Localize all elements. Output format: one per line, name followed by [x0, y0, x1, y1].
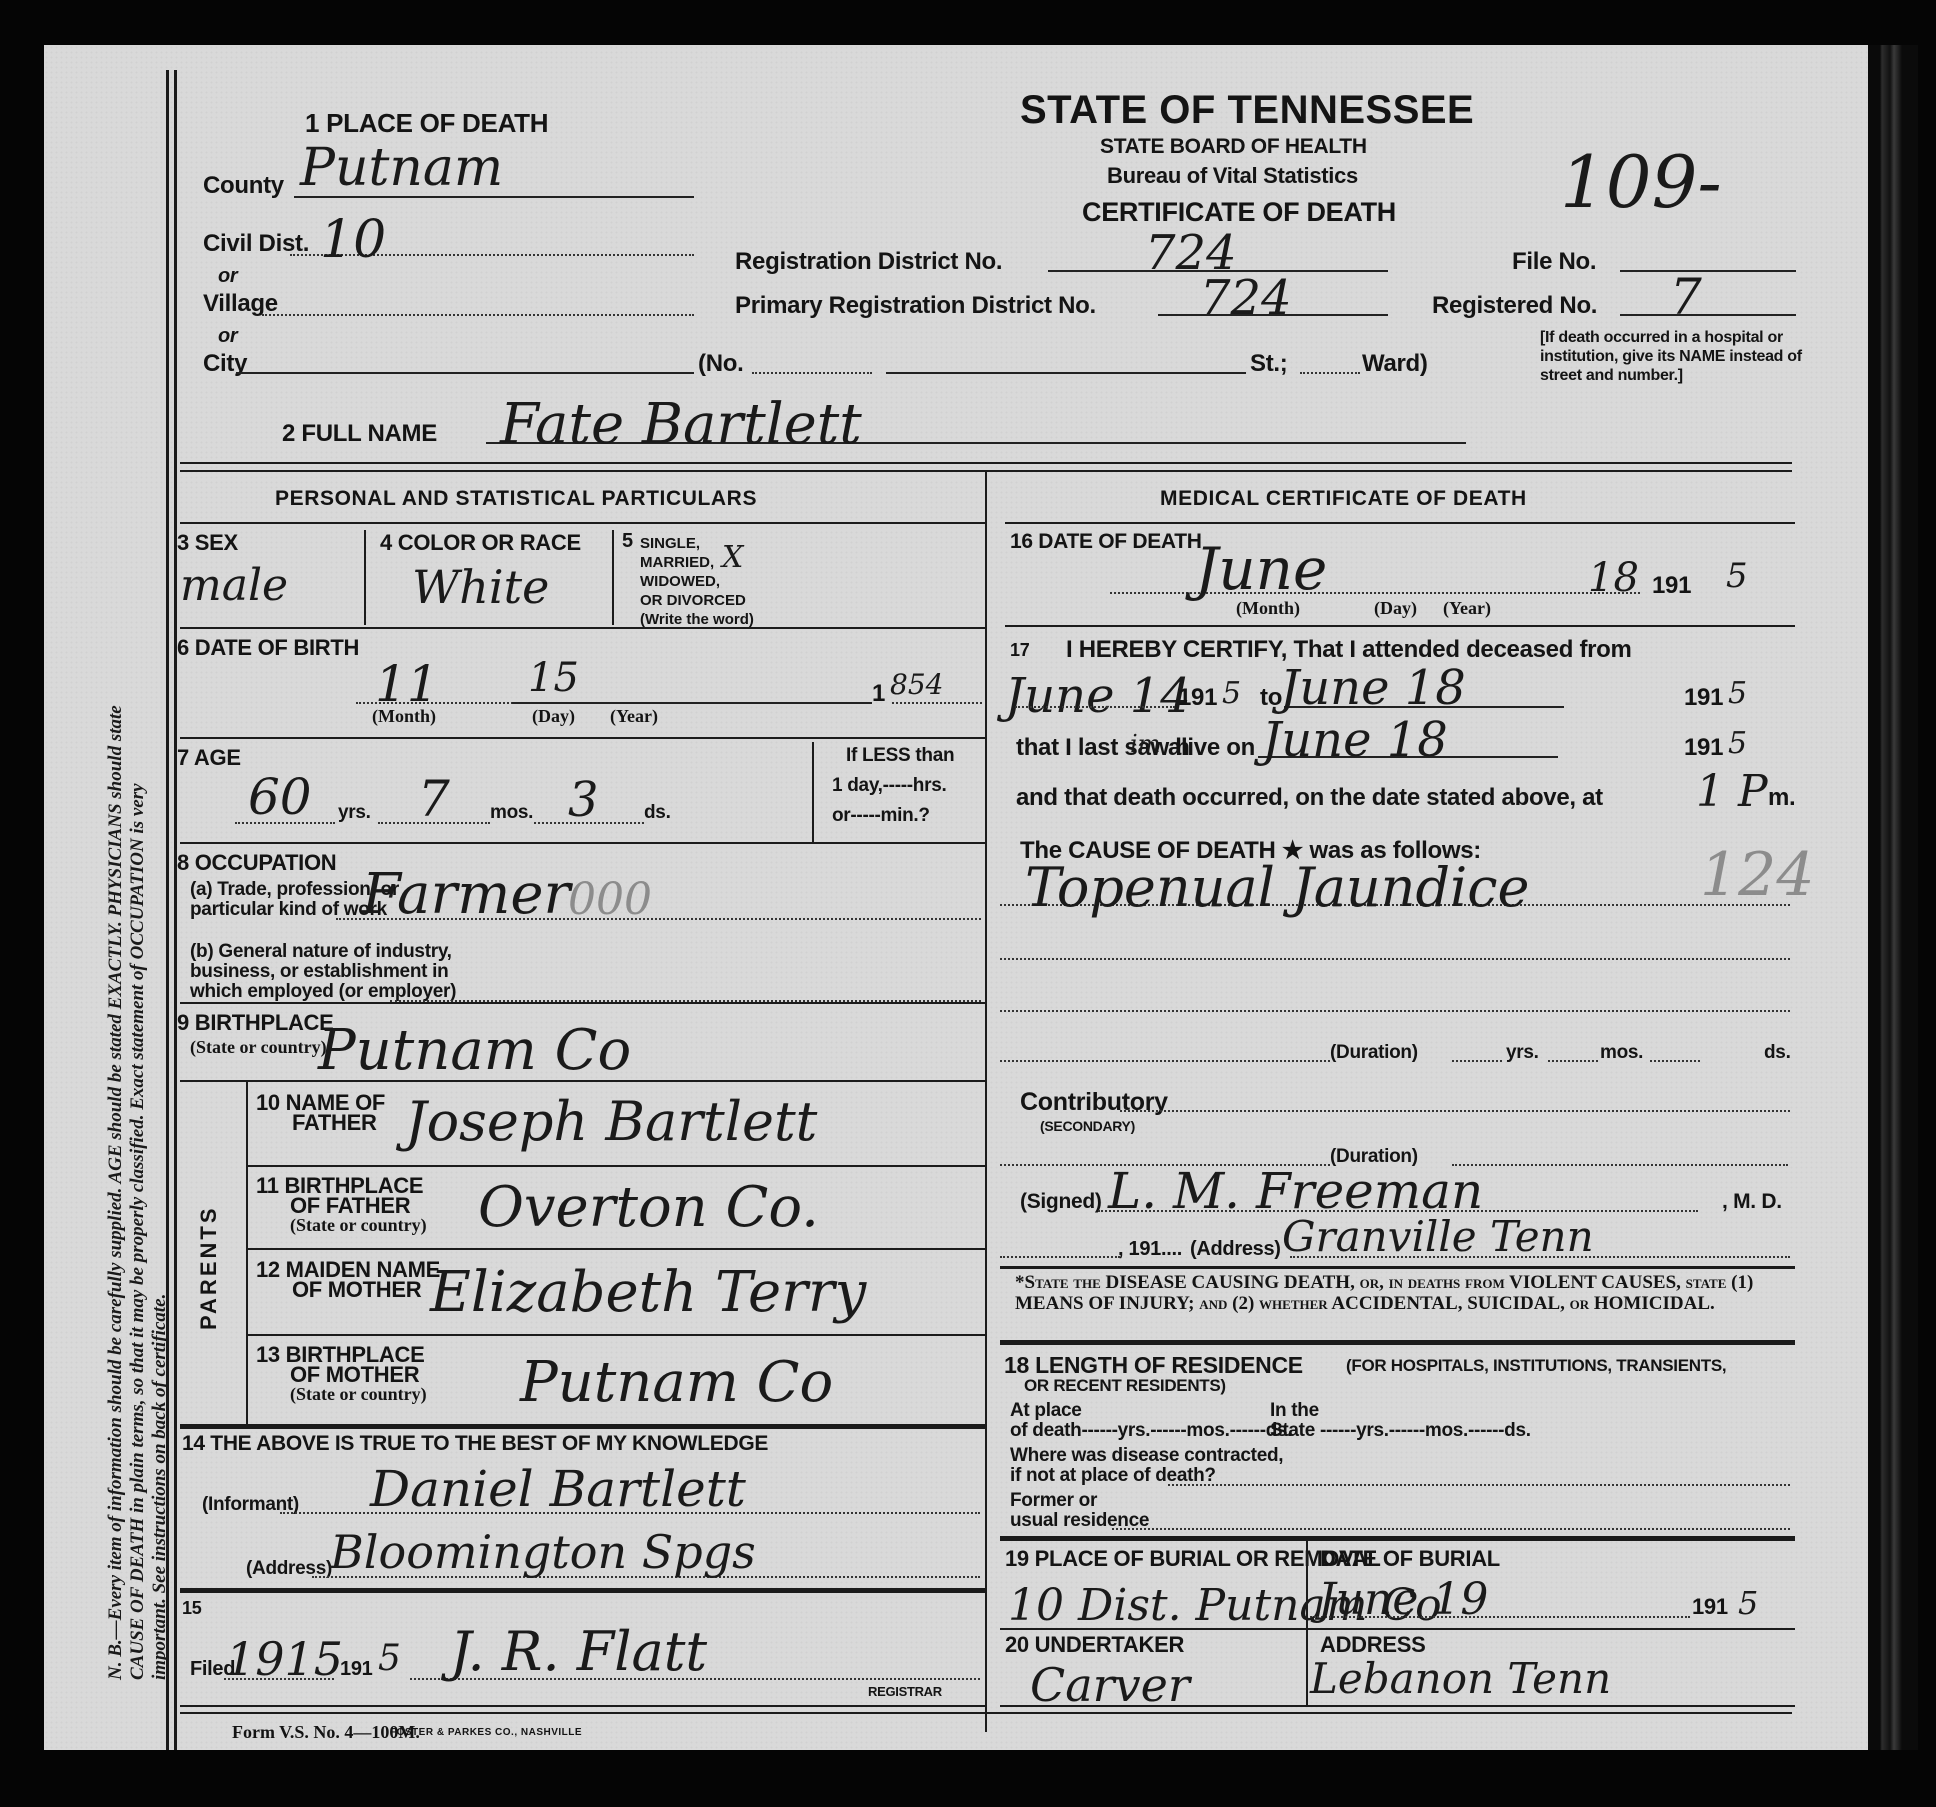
age-years: 60 [248, 768, 312, 826]
duration-label: (Duration) [1330, 1042, 1418, 1064]
dod-day-caption: (Day) [1374, 598, 1417, 619]
dob-month: 11 [375, 655, 439, 713]
to-label: to [1260, 684, 1282, 712]
race-label: 4 COLOR OR RACE [380, 530, 581, 556]
divider-heavy [1000, 1340, 1795, 1345]
secondary-label: (SECONDARY) [1040, 1118, 1135, 1134]
medical-section-title: MEDICAL CERTIFICATE OF DEATH [1160, 487, 1527, 511]
contributory-field[interactable] [1120, 1110, 1790, 1112]
undertaker-address-value: Lebanon Tenn [1310, 1654, 1611, 1703]
former-residence-field[interactable] [1112, 1528, 1790, 1530]
civil-dist-value: 10 [320, 210, 386, 270]
less-than-2: 1 day,-----hrs. [832, 775, 946, 797]
signed-year: , 191.... [1118, 1238, 1182, 1261]
divider-vertical [1306, 1541, 1308, 1706]
margin-number: 109- [1560, 140, 1722, 224]
st-label: St.; [1250, 350, 1287, 378]
occ-a-label-2: particular kind of work [190, 900, 387, 920]
attended-from-year-prefix: 191 [1178, 684, 1217, 712]
certify-num: 17 [1010, 640, 1029, 661]
contracted-field[interactable] [1168, 1484, 1790, 1486]
dod-month-caption: (Month) [1236, 598, 1300, 619]
father-bp-hint: (State or country) [290, 1215, 427, 1236]
residence-note-2: OR RECENT RESIDENTS) [1024, 1376, 1226, 1396]
attended-to-year-prefix: 191 [1684, 684, 1723, 712]
sex-label: 3 SEX [177, 530, 238, 556]
county-value: Putnam [300, 138, 503, 198]
last-saw-date: June 18 [1262, 712, 1448, 768]
cause-line-4[interactable] [1000, 1060, 1330, 1062]
birthplace-hint: (State or country) [190, 1037, 327, 1058]
dob-year: 854 [890, 668, 943, 701]
divider-vertical [612, 530, 614, 625]
at-place-2: of death------yrs.------mos.------ds. [1010, 1420, 1292, 1442]
burial-year-prefix: 191 [1692, 1594, 1728, 1620]
duration-yrs-field[interactable] [1452, 1060, 1502, 1062]
marital-option-divorced: OR DIVORCED [640, 591, 754, 610]
last-saw-year-prefix: 191 [1684, 734, 1723, 762]
undertaker-value: Carver [1030, 1658, 1190, 1712]
marital-mark[interactable]: X [722, 540, 743, 575]
age-months: 7 [418, 770, 450, 828]
contributory-duration-field[interactable] [1452, 1164, 1788, 1166]
divider [180, 1705, 985, 1707]
month-caption: (Month) [372, 706, 436, 727]
divider [180, 1080, 985, 1082]
time-value: 1 P [1696, 766, 1768, 817]
county-label: County [203, 172, 284, 200]
last-saw-year: 5 [1728, 726, 1747, 761]
burial-date-label: DATE OF BURIAL [1320, 1546, 1500, 1572]
dob-day-field[interactable] [512, 702, 872, 704]
cause-line-2[interactable] [1000, 958, 1790, 960]
mother-bp-value: Putnam Co [520, 1350, 833, 1415]
registrar-value: J. R. Flatt [450, 1620, 707, 1683]
dod-year-caption: (Year) [1443, 598, 1491, 619]
informant-address-value: Bloomington Spgs [330, 1525, 756, 1579]
bureau-title: Bureau of Vital Statistics [1107, 163, 1358, 189]
signed-address-value: Granville Tenn [1282, 1212, 1594, 1261]
m-label: m. [1768, 784, 1795, 812]
yrs-label: yrs. [338, 802, 371, 824]
divider [180, 627, 985, 629]
mos-label: mos. [1600, 1042, 1643, 1064]
alive-on-label: alive on [1168, 734, 1255, 762]
column-divider [985, 472, 987, 1732]
board-title: STATE BOARD OF HEALTH [1100, 135, 1367, 159]
attended-to-year: 5 [1728, 676, 1747, 711]
dod-label: 16 DATE OF DEATH [1010, 530, 1202, 554]
contracted-1: Where was disease contracted, [1010, 1445, 1283, 1467]
divider [248, 1334, 985, 1336]
less-than-1: If LESS than [846, 745, 954, 767]
signed-date-field[interactable] [1000, 1256, 1120, 1258]
father-value: Joseph Bartlett [405, 1090, 817, 1153]
occurred-text: and that death occurred, on the date sta… [1016, 784, 1603, 812]
cause-footnote: *State the DISEASE CAUSING DEATH, or, in… [1015, 1272, 1795, 1314]
side-note-line: N. B.—Every item of information should b… [105, 140, 127, 1680]
attended-to: June 18 [1280, 660, 1466, 716]
birthplace-label: 9 BIRTHPLACE [177, 1010, 334, 1036]
filed-num: 15 [182, 1598, 201, 1619]
or-label: or [218, 265, 237, 288]
certificate-title: CERTIFICATE OF DEATH [1082, 197, 1396, 228]
last-saw-text: that I last saw h [1016, 734, 1190, 762]
cause-code: 124 [1700, 840, 1815, 910]
primary-reg-label: Primary Registration District No. [735, 292, 1096, 320]
filed-year-value: 5 [378, 1638, 401, 1679]
at-place-1: At place [1010, 1400, 1082, 1422]
registered-no-label: Registered No. [1432, 292, 1597, 320]
dod-year-prefix: 191 [1652, 572, 1691, 600]
mother-bp-hint: (State or country) [290, 1384, 427, 1405]
divider-vertical [246, 1080, 248, 1425]
divider [180, 1002, 985, 1004]
village-field[interactable] [262, 314, 694, 316]
divider-heavy [180, 1424, 985, 1429]
frame-left-rule [166, 70, 169, 1750]
birthplace-value: Putnam Co [318, 1018, 631, 1083]
registered-no-field[interactable] [1620, 314, 1796, 316]
age-days: 3 [568, 772, 599, 828]
informant-title: 14 THE ABOVE IS TRUE TO THE BEST OF MY K… [182, 1432, 768, 1456]
md-label: , M. D. [1722, 1190, 1782, 1214]
residence-title: 18 LENGTH OF RESIDENCE [1004, 1352, 1303, 1379]
divider-heavy [1000, 1536, 1795, 1541]
parents-label: PARENTS [196, 1206, 222, 1331]
father-label-2: FATHER [292, 1110, 377, 1136]
divider [1000, 1705, 1795, 1707]
marital-num: 5 [622, 530, 633, 553]
divider-heavy [180, 1588, 985, 1593]
filed-date-value: 1915 [226, 1632, 343, 1686]
cause-value: Topenual Jaundice [1025, 856, 1529, 919]
reg-district-label: Registration District No. [735, 248, 1002, 276]
occ-b-label-2: business, or establishment in [190, 962, 448, 982]
or-label-2: or [218, 325, 237, 348]
residence-note: (FOR HOSPITALS, INSTITUTIONS, TRANSIENTS… [1346, 1356, 1726, 1376]
divider [248, 1165, 985, 1167]
occ-a-value: Farmer [362, 862, 570, 927]
frame-left-rule-2 [174, 70, 177, 1750]
dob-year-field[interactable] [892, 702, 982, 704]
dob-day: 15 [528, 655, 579, 701]
last-saw-pronoun: im [1130, 730, 1160, 758]
full-name-label: 2 FULL NAME [282, 420, 437, 448]
mos-label: mos. [490, 802, 533, 824]
yrs-label: yrs. [1506, 1042, 1539, 1064]
file-no-field[interactable] [1620, 270, 1796, 272]
divider [180, 737, 985, 739]
in-state-1: In the [1270, 1400, 1319, 1422]
no-label: (No. [698, 350, 743, 378]
dob-label: 6 DATE OF BIRTH [177, 635, 359, 661]
divider [1000, 1266, 1795, 1269]
ward-field[interactable] [1300, 372, 1360, 374]
full-name-value: Fate Bartlett [500, 392, 862, 457]
mother-label-2: OF MOTHER [292, 1277, 421, 1303]
occ-code: 000 [568, 874, 652, 925]
undertaker-label: 20 UNDERTAKER [1005, 1632, 1184, 1658]
cause-line-3[interactable] [1000, 1010, 1790, 1012]
signed-address-label: (Address) [1190, 1238, 1281, 1261]
personal-section-title: PERSONAL AND STATISTICAL PARTICULARS [275, 487, 757, 511]
occ-b-label-1: (b) General nature of industry, [190, 942, 452, 962]
day-caption: (Day) [532, 706, 575, 727]
divider [180, 470, 1792, 472]
scan-edge [1868, 45, 1918, 1750]
divider [180, 1712, 1792, 1714]
dob-year-prefix: 1 [872, 680, 885, 708]
divider [1000, 1628, 1795, 1630]
registered-no-value: 7 [1670, 268, 1702, 326]
year-caption: (Year) [610, 706, 658, 727]
less-than-3: or-----min.? [832, 805, 930, 827]
divider [1005, 522, 1795, 524]
duration-ds-field[interactable] [1650, 1060, 1700, 1062]
dod-year: 5 [1726, 556, 1748, 596]
registrar-label: REGISTRAR [868, 1684, 942, 1699]
age-label: 7 AGE [177, 745, 241, 771]
father-bp-value: Overton Co. [478, 1175, 819, 1240]
state-title: STATE OF TENNESSEE [1020, 88, 1474, 133]
attended-from-field[interactable] [1015, 706, 1175, 708]
city-field[interactable] [236, 372, 694, 374]
burial-date-value: June 19 [1318, 1574, 1488, 1625]
in-state-2: State ------yrs.------mos.------ds. [1270, 1420, 1531, 1442]
ds-label: ds. [1764, 1042, 1791, 1064]
sex-value: male [180, 560, 288, 611]
filed-year-prefix: 191 [340, 1658, 372, 1681]
race-value: White [412, 560, 549, 614]
divider [180, 842, 985, 844]
divider [180, 522, 985, 524]
signed-label: (Signed) [1020, 1190, 1102, 1214]
occupation-label: 8 OCCUPATION [177, 850, 336, 876]
divider-vertical [812, 742, 814, 842]
hospital-note: [If death occurred in a hospital or inst… [1540, 328, 1802, 385]
dod-month-field[interactable] [1110, 592, 1640, 594]
primary-reg-value: 724 [1200, 270, 1292, 326]
duration-mos-field[interactable] [1548, 1060, 1598, 1062]
street-field[interactable] [886, 372, 1246, 374]
side-note-line: CAUSE OF DEATH in plain terms, so that i… [127, 140, 149, 1680]
contributory-label: Contributory [1020, 1088, 1168, 1117]
informant-value: Daniel Bartlett [370, 1460, 746, 1518]
former-1: Former or [1010, 1490, 1097, 1512]
file-no-label: File No. [1512, 248, 1596, 276]
mother-value: Elizabeth Terry [430, 1260, 866, 1325]
divider-vertical [364, 530, 366, 625]
ward-label: Ward) [1362, 350, 1428, 378]
street-no-field[interactable] [752, 372, 872, 374]
place-of-death-title: 1 PLACE OF DEATH [305, 108, 548, 139]
ds-label: ds. [644, 802, 671, 824]
side-instructions: N. B.—Every item of information should b… [105, 140, 175, 1680]
printer-credit: FOSTER & PARKES CO., NASHVILLE [390, 1727, 582, 1738]
dod-day: 18 [1588, 555, 1639, 601]
attended-from-year: 5 [1222, 676, 1241, 711]
divider [248, 1248, 985, 1250]
divider [1005, 625, 1795, 627]
occ-b-label-3: which employed (or employer) [190, 982, 456, 1002]
burial-year-value: 5 [1738, 1584, 1758, 1622]
divider [180, 462, 1792, 464]
dod-month: June [1195, 535, 1327, 603]
attended-from: June 14 [1005, 668, 1191, 724]
